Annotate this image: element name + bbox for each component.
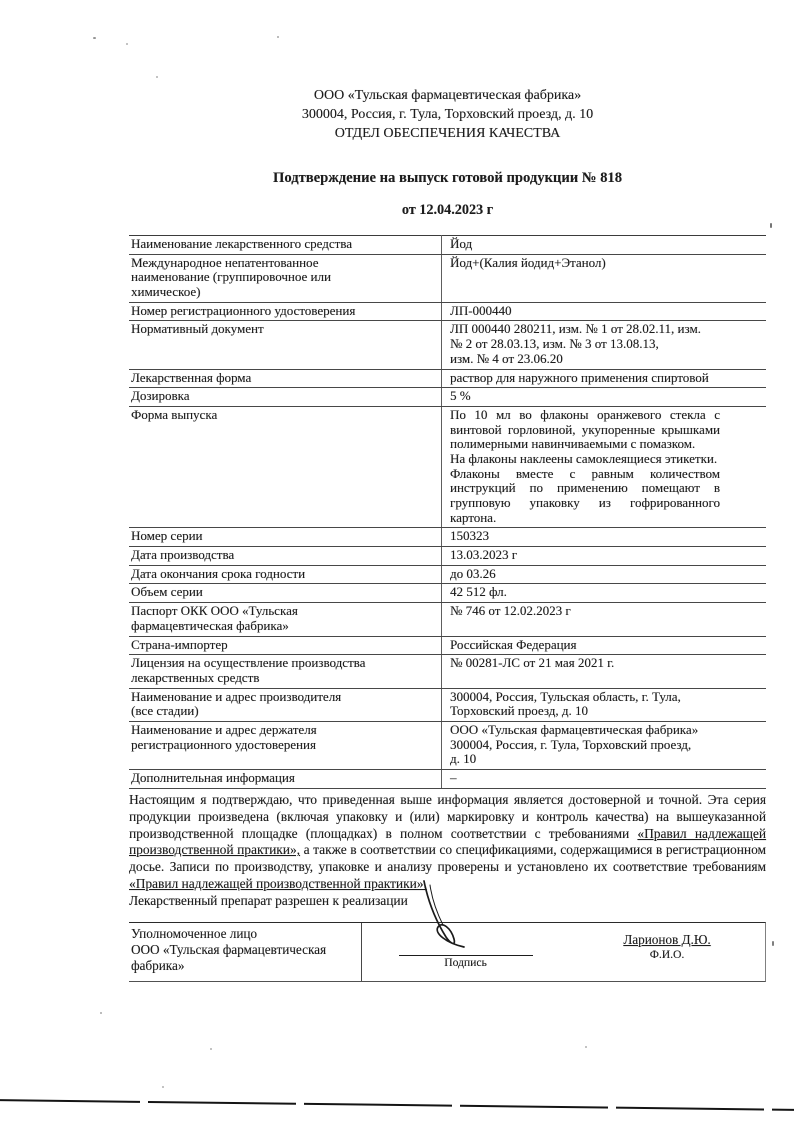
signatory-name: Ларионов Д.Ю. bbox=[623, 932, 710, 948]
row-label: Объем серии bbox=[129, 584, 442, 603]
row-label: Форма выпуска bbox=[129, 406, 442, 528]
company-address: 300004, Россия, г. Тула, Торховский прое… bbox=[129, 105, 766, 124]
company-name: ООО «Тульская фармацевтическая фабрика» bbox=[129, 86, 766, 105]
row-label: Лицензия на осуществление производства л… bbox=[129, 655, 442, 688]
scan-speck bbox=[770, 223, 772, 228]
scan-speck bbox=[93, 37, 96, 39]
product-details-table: Наименование лекарственного средстваЙодМ… bbox=[129, 235, 766, 789]
row-value: ЛП-000440 bbox=[442, 302, 767, 321]
document-date: от 12.04.2023 г bbox=[129, 202, 766, 219]
row-label: Страна-импортер bbox=[129, 636, 442, 655]
scan-speck bbox=[277, 36, 279, 38]
table-row: Дата производства13.03.2023 г bbox=[129, 547, 766, 566]
row-value: 13.03.2023 г bbox=[442, 547, 767, 566]
row-label: Дополнительная информация bbox=[129, 770, 442, 789]
document-header: ООО «Тульская фармацевтическая фабрика» … bbox=[129, 86, 766, 143]
row-value: до 03.26 bbox=[442, 565, 767, 584]
row-value: 42 512 фл. bbox=[442, 584, 767, 603]
table-row: Номер серии150323 bbox=[129, 528, 766, 547]
signature-area: Подпись bbox=[362, 923, 569, 981]
table-row: Наименование лекарственного средстваЙод bbox=[129, 236, 766, 255]
table-row: Лекарственная формараствор для наружного… bbox=[129, 369, 766, 388]
row-label: Паспорт ОКК ООО «Тульская фармацевтическ… bbox=[129, 603, 442, 636]
table-row: Дата окончания срока годностидо 03.26 bbox=[129, 565, 766, 584]
row-label: Дозировка bbox=[129, 388, 442, 407]
scan-speck bbox=[156, 76, 158, 78]
row-value: – bbox=[442, 770, 767, 789]
row-value: 5 % bbox=[442, 388, 767, 407]
signature-block: Уполномоченное лицо ООО «Тульская фармац… bbox=[129, 922, 766, 982]
department-name: ОТДЕЛ ОБЕСПЕЧЕНИЯ КАЧЕСТВА bbox=[129, 124, 766, 143]
row-value: Российская Федерация bbox=[442, 636, 767, 655]
scan-speck bbox=[100, 1012, 102, 1014]
row-label: Номер регистрационного удостоверения bbox=[129, 302, 442, 321]
scan-speck bbox=[210, 1048, 212, 1050]
handwritten-signature-icon bbox=[410, 879, 480, 961]
row-value: Йод bbox=[442, 236, 767, 255]
row-value: раствор для наружного применения спиртов… bbox=[442, 369, 767, 388]
table-row: Наименование и адрес держателя регистрац… bbox=[129, 721, 766, 769]
declaration-paragraph: Настоящим я подтверждаю, что приведенная… bbox=[129, 792, 766, 893]
scan-speck bbox=[772, 941, 774, 946]
row-label: Наименование лекарственного средства bbox=[129, 236, 442, 255]
scan-edge-artifact bbox=[0, 1099, 794, 1111]
row-label: Международное непатентованное наименован… bbox=[129, 254, 442, 302]
row-label: Лекарственная форма bbox=[129, 369, 442, 388]
row-value: Йод+(Калия йодид+Этанол) bbox=[442, 254, 767, 302]
table-row: Международное непатентованное наименован… bbox=[129, 254, 766, 302]
row-value: № 746 от 12.02.2023 г bbox=[442, 603, 767, 636]
authorized-person-label: Уполномоченное лицо ООО «Тульская фармац… bbox=[129, 923, 362, 981]
row-value: 150323 bbox=[442, 528, 767, 547]
row-value: 300004, Россия, Тульская область, г. Тул… bbox=[442, 688, 767, 721]
row-label: Номер серии bbox=[129, 528, 442, 547]
scan-speck bbox=[126, 43, 128, 45]
signatory-name-area: Ларионов Д.Ю. Ф.И.О. bbox=[569, 923, 765, 981]
declaration-underlined-2: «Правил надлежащей производственной прак… bbox=[129, 876, 427, 891]
table-row: Дополнительная информация– bbox=[129, 770, 766, 789]
table-row: Паспорт ОКК ООО «Тульская фармацевтическ… bbox=[129, 603, 766, 636]
scan-speck bbox=[585, 1046, 587, 1048]
row-value: ЛП 000440 280211, изм. № 1 от 28.02.11, … bbox=[442, 321, 767, 369]
signatory-name-caption: Ф.И.О. bbox=[569, 948, 765, 962]
table-row: Страна-импортерРоссийская Федерация bbox=[129, 636, 766, 655]
row-value: ООО «Тульская фармацевтическая фабрика» … bbox=[442, 721, 767, 769]
table-row: Дозировка5 % bbox=[129, 388, 766, 407]
row-value: № 00281-ЛС от 21 мая 2021 г. bbox=[442, 655, 767, 688]
scan-speck bbox=[162, 1086, 164, 1088]
row-label: Дата окончания срока годности bbox=[129, 565, 442, 584]
product-details-rows: Наименование лекарственного средстваЙодМ… bbox=[129, 236, 766, 789]
table-row: Лицензия на осуществление производства л… bbox=[129, 655, 766, 688]
table-row: Номер регистрационного удостоверенияЛП-0… bbox=[129, 302, 766, 321]
scanned-document-page: ООО «Тульская фармацевтическая фабрика» … bbox=[0, 0, 794, 1122]
table-row: Наименование и адрес производителя (все … bbox=[129, 688, 766, 721]
document-content: ООО «Тульская фармацевтическая фабрика» … bbox=[129, 86, 766, 982]
row-value: По 10 мл во флаконы оранжевого стекла с … bbox=[442, 406, 767, 528]
table-row: Форма выпускаПо 10 мл во флаконы оранжев… bbox=[129, 406, 766, 528]
row-label: Нормативный документ bbox=[129, 321, 442, 369]
table-row: Нормативный документЛП 000440 280211, из… bbox=[129, 321, 766, 369]
table-row: Объем серии42 512 фл. bbox=[129, 584, 766, 603]
row-label: Наименование и адрес держателя регистрац… bbox=[129, 721, 442, 769]
document-title: Подтверждение на выпуск готовой продукци… bbox=[129, 170, 766, 187]
row-label: Дата производства bbox=[129, 547, 442, 566]
row-label: Наименование и адрес производителя (все … bbox=[129, 688, 442, 721]
